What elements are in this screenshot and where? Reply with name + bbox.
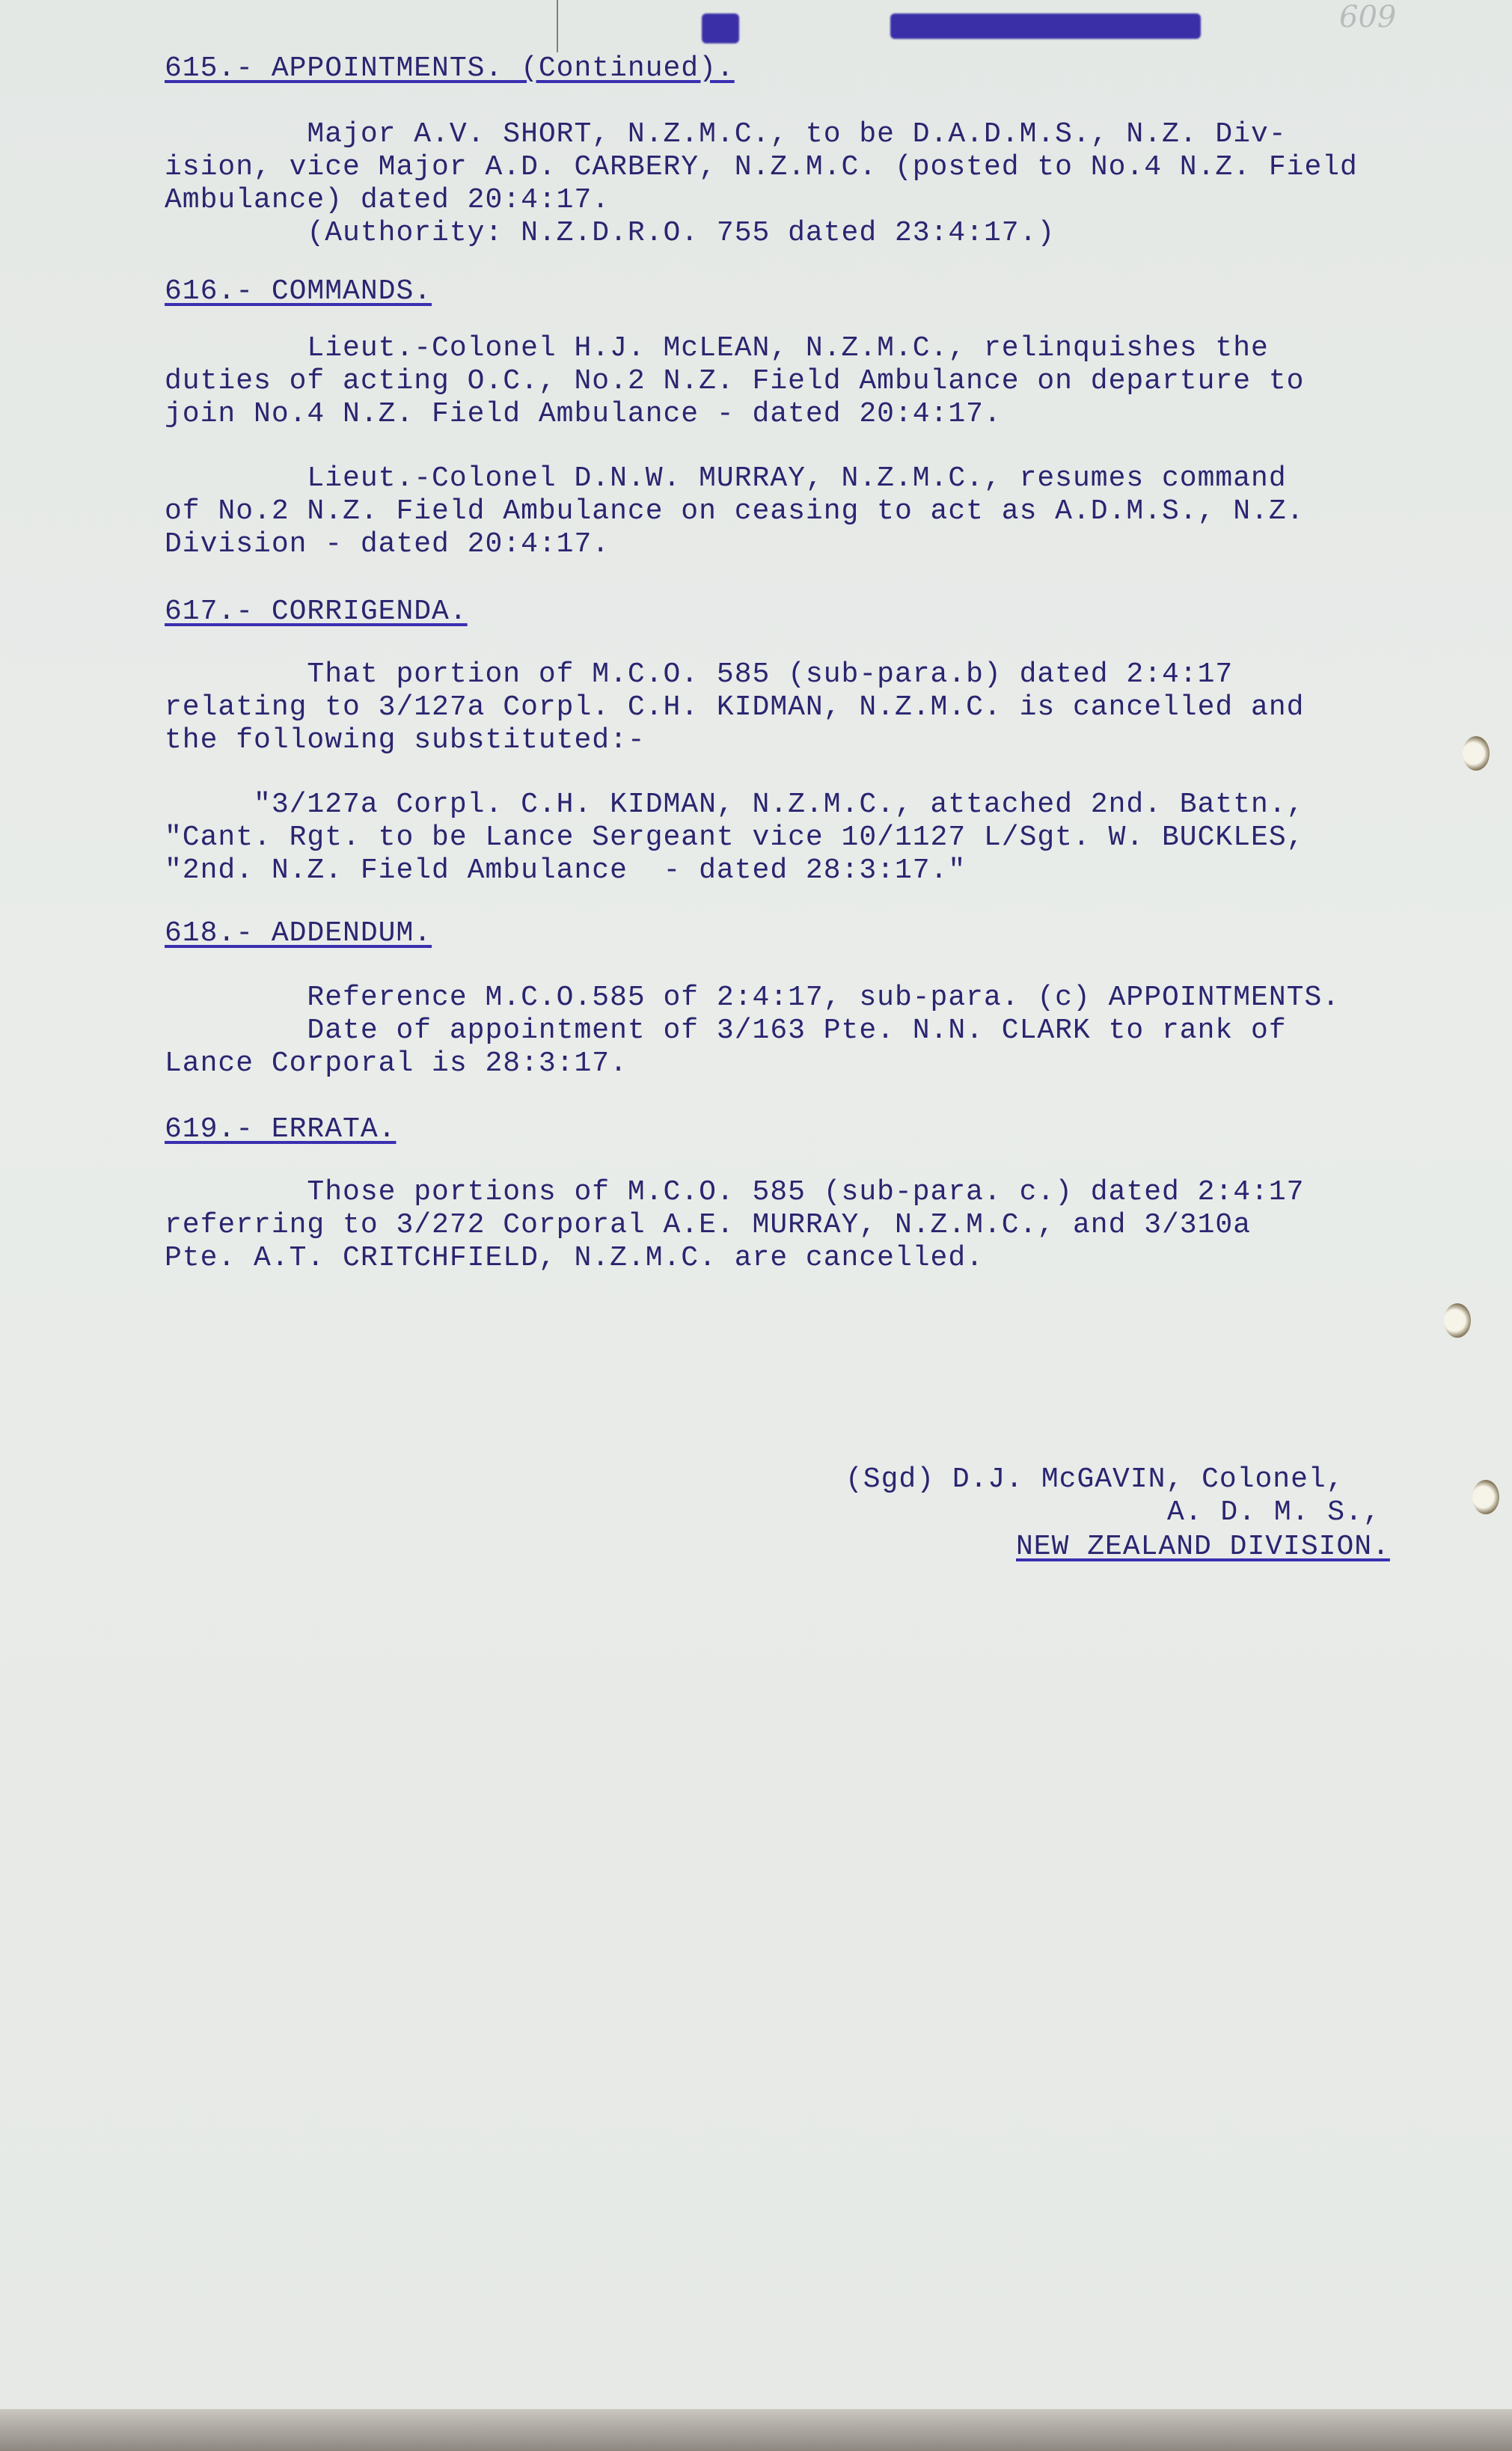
- fold-line: [557, 0, 558, 52]
- signature-name: (Sgd) D.J. McGAVIN, Colonel,: [845, 1463, 1344, 1496]
- heading-618: 618.- ADDENDUM.: [165, 917, 432, 950]
- document-page: 609 615.- APPOINTMENTS. (Continued). Maj…: [0, 0, 1512, 2451]
- paragraph-615: Major A.V. SHORT, N.Z.M.C., to be D.A.D.…: [165, 118, 1358, 250]
- heading-619: 619.- ERRATA.: [165, 1113, 396, 1146]
- signature-title: A. D. M. S.,: [1167, 1496, 1381, 1529]
- paragraph-617-a: That portion of M.C.O. 585 (sub-para.b) …: [165, 658, 1304, 757]
- heading-617: 617.- CORRIGENDA.: [165, 596, 468, 628]
- punch-hole: [1444, 1303, 1471, 1338]
- paragraph-617-b: "3/127a Corpl. C.H. KIDMAN, N.Z.M.C., at…: [165, 789, 1304, 887]
- ink-blot: [890, 13, 1201, 39]
- paragraph-616-a: Lieut.-Colonel H.J. McLEAN, N.Z.M.C., re…: [165, 332, 1304, 431]
- signature-unit: NEW ZEALAND DIVISION.: [1016, 1531, 1390, 1564]
- page-number: 609: [1339, 0, 1396, 34]
- paragraph-618: Reference M.C.O.585 of 2:4:17, sub-para.…: [165, 982, 1340, 1080]
- heading-616: 616.- COMMANDS.: [165, 275, 432, 308]
- page-bottom-edge: [0, 2409, 1512, 2451]
- punch-hole: [1472, 1480, 1499, 1514]
- paragraph-616-b: Lieut.-Colonel D.N.W. MURRAY, N.Z.M.C., …: [165, 462, 1304, 561]
- punch-hole: [1463, 736, 1490, 771]
- paragraph-619: Those portions of M.C.O. 585 (sub-para. …: [165, 1176, 1304, 1275]
- ink-blot: [702, 13, 739, 43]
- heading-615: 615.- APPOINTMENTS. (Continued).: [165, 52, 735, 85]
